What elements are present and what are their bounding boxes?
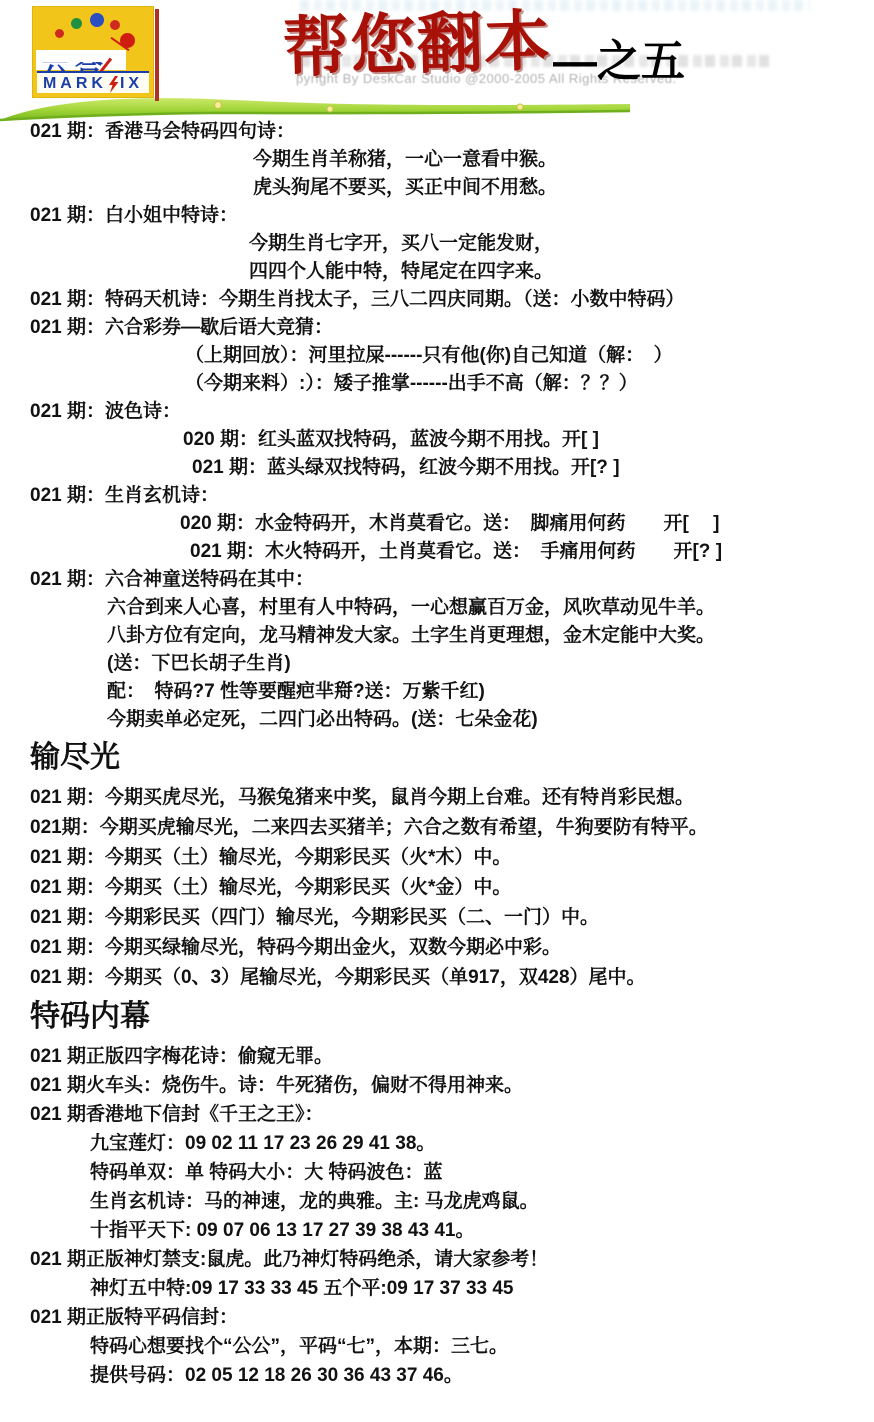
logo-dot-red-icon	[110, 20, 120, 30]
text-line: 配： 特码?7 性等要醒疤芈搿?送：万紫千红)	[107, 678, 874, 706]
text-line: 021期：今期买虎输尽光，二来四去买猪羊；六合之数有希望，牛狗要防有特平。	[30, 813, 874, 843]
text-line: 021 期：今期买（土）输尽光，今期彩民买（火*木）中。	[30, 843, 874, 873]
text-line: 021 期：今期买绿输尽光，特码今期出金火，双数今期必中彩。	[30, 933, 874, 963]
mark-six-logo: 六合彩 MARK IX	[32, 6, 154, 98]
document-body: 021 期：香港马会特码四句诗：今期生肖羊称猪，一心一意看中猴。虎头狗尾不要买，…	[0, 118, 874, 1390]
text-line: 八卦方位有定向，龙马精神发大家。土字生肖更理想，金木定能中大奖。	[107, 622, 874, 650]
logo-wordmark: MARK IX	[37, 71, 149, 93]
masthead-title: 帮您翻本 —之五	[283, 0, 685, 92]
lottery-tip-sheet: 六合彩 MARK IX 帮您翻本 —之五 pyright By DeskCar …	[0, 0, 874, 1422]
text-line: 021 期：蓝头绿双找特码，红波今期不用找。开[? ]	[192, 454, 874, 482]
logo-mark-right: IX	[120, 75, 143, 93]
text-line: 021 期：生肖玄机诗：	[30, 482, 874, 510]
text-line: 021 期正版神灯禁支:鼠虎。此乃神灯特码绝杀，请大家参考！	[30, 1245, 874, 1274]
title-suffix: —之五	[553, 32, 685, 92]
text-line: 021 期：香港马会特码四句诗：	[30, 118, 874, 146]
text-line: 生肖玄机诗：马的神速，龙的典雅。主: 马龙虎鸡鼠。	[90, 1187, 874, 1216]
logo-dot-red-icon	[55, 29, 64, 38]
logo-red-divider	[155, 9, 159, 101]
text-line: 021 期：波色诗：	[30, 398, 874, 426]
text-line: 021 期：六合神童送特码在其中：	[30, 566, 874, 594]
text-line: 神灯五中特:09 17 33 33 45 五个平:09 17 37 33 45	[90, 1274, 874, 1303]
text-line: 020 期：水金特码开，木肖莫看它。送： 脚痛用何药 开[ ]	[180, 510, 874, 538]
section-heading-shujinguang: 输尽光	[30, 741, 874, 775]
text-line: 021 期：今期彩民买（四门）输尽光，今期彩民买（二、一门）中。	[30, 903, 874, 933]
text-line: 021 期：白小姐中特诗：	[30, 202, 874, 230]
section-shujinguang: 021 期：今期买虎尽光，马猴兔猪来中奖，鼠肖今期上台难。还有特肖彩民想。021…	[0, 783, 874, 993]
text-line: 021 期：木火特码开，土肖莫看它。送： 手痛用何药 开[? ]	[190, 538, 874, 566]
text-line: （今期来料）:）：矮子推掌------出手不高（解：？？）	[185, 370, 874, 398]
text-line: (送：下巴长胡子生肖)	[107, 650, 874, 678]
text-line: 021 期：六合彩券—歇后语大竞猜：	[30, 314, 874, 342]
text-line: 021 期火车头：烧伤牛。诗：牛死猪伤，偏财不得用神来。	[30, 1071, 874, 1100]
text-line: 021 期：今期买（0、3）尾输尽光，今期彩民买（单917，双428）尾中。	[30, 963, 874, 993]
section-temaneimu: 021 期正版四字梅花诗：偷窥无罪。021 期火车头：烧伤牛。诗：牛死猪伤，偏财…	[0, 1042, 874, 1390]
text-line: 九宝莲灯：09 02 11 17 23 26 29 41 38。	[90, 1129, 874, 1158]
text-line: 十指平天下: 09 07 06 13 17 27 39 38 43 41。	[90, 1216, 874, 1245]
logo-dot-green-icon	[71, 18, 82, 29]
section-heading-temaneimu: 特码内幕	[30, 1000, 874, 1034]
text-line: 021 期：特码天机诗：今期生肖找太子，三八二四庆同期。（送：小数中特码）	[30, 286, 874, 314]
text-line: 虎头狗尾不要买，买正中间不用愁。	[253, 174, 874, 202]
text-line: 今期生肖七字开，买八一定能发财，	[249, 230, 874, 258]
text-line: 020 期：红头蓝双找特码，蓝波今期不用找。开[ ]	[183, 426, 874, 454]
logo-mark-left: MARK	[43, 75, 107, 93]
title-text: 帮您翻本	[282, 0, 552, 95]
text-line: 特码心想要找个“公公”，平码“七”，本期：三七。	[90, 1332, 874, 1361]
text-line: 特码单双：单 特码大小：大 特码波色：蓝	[90, 1158, 874, 1187]
text-line: 今期卖单必定死，二四门必出特码。(送：七朵金花)	[107, 706, 874, 734]
text-line: 021 期正版四字梅花诗：偷窥无罪。	[30, 1042, 874, 1071]
text-line: （上期回放）：河里拉屎------只有他(你)自己知道（解： ）	[185, 342, 874, 370]
page-header: 六合彩 MARK IX 帮您翻本 —之五 pyright By DeskCar …	[0, 0, 874, 122]
text-line: 今期生肖羊称猪，一心一意看中猴。	[253, 146, 874, 174]
section-poems: 021 期：香港马会特码四句诗：今期生肖羊称猪，一心一意看中猴。虎头狗尾不要买，…	[0, 118, 874, 734]
lightning-bolt-icon	[108, 76, 119, 93]
text-line: 021 期：今期买虎尽光，马猴兔猪来中奖，鼠肖今期上台难。还有特肖彩民想。	[30, 783, 874, 813]
text-line: 六合到来人心喜，村里有人中特码，一心想赢百万金，风吹草动见牛羊。	[107, 594, 874, 622]
text-line: 四四个人能中特，特尾定在四字来。	[249, 258, 874, 286]
logo-dot-blue-icon	[90, 13, 104, 27]
text-line: 提供号码：02 05 12 18 26 30 36 43 37 46。	[90, 1361, 874, 1390]
text-line: 021 期：今期买（土）输尽光，今期彩民买（火*金）中。	[30, 873, 874, 903]
text-line: 021 期正版特平码信封：	[30, 1303, 874, 1332]
text-line: 021 期香港地下信封《千王之王》：	[30, 1100, 874, 1129]
